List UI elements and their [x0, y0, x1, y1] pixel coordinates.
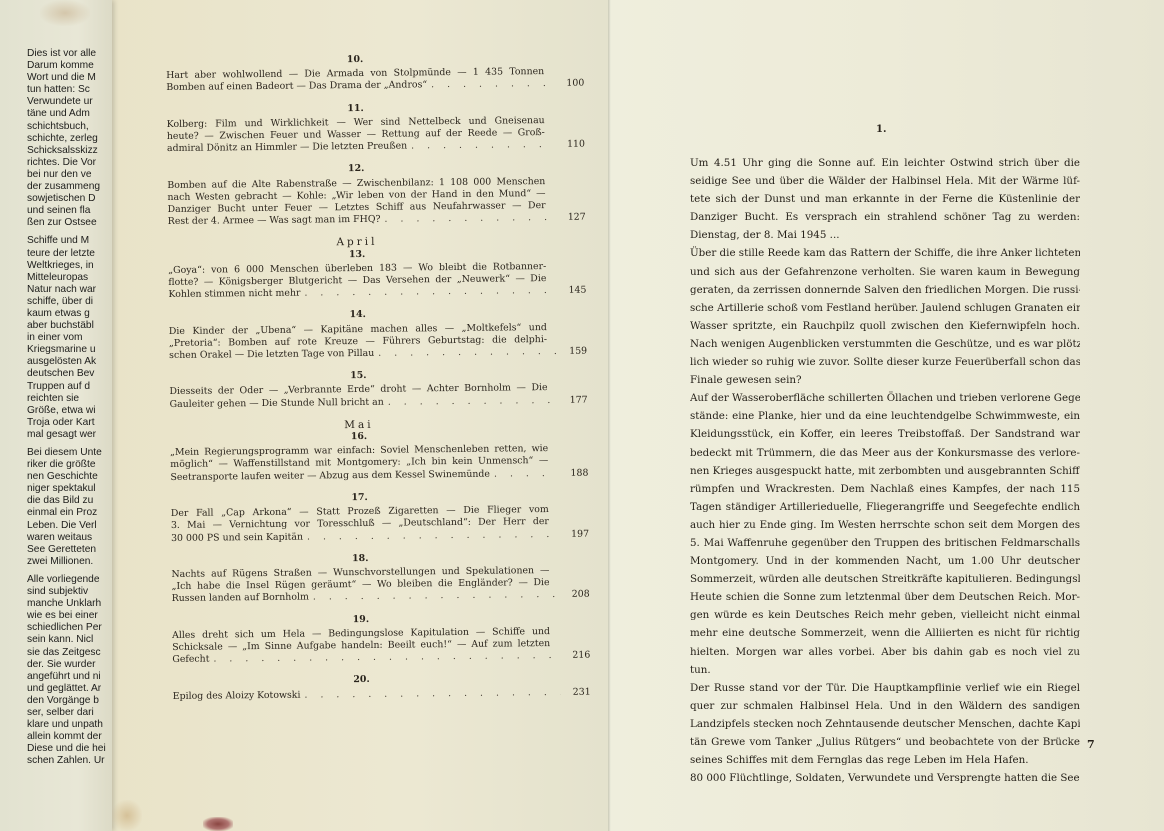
toc-entry-last-line: Gauleiter gehen — Die Stunde Null bricht…: [170, 395, 548, 411]
toc-entry: 14.Die Kinder der „Ubena“ — Kapitäne mac…: [169, 307, 548, 362]
toc-page-number: 216: [564, 650, 590, 662]
flap-text-line: Truppen auf d: [27, 381, 112, 393]
paper-stain: [112, 800, 142, 831]
toc-entry-last-line: Gefecht216: [172, 650, 550, 666]
toc-chapter-number: 12.: [167, 161, 545, 177]
table-of-contents: 10.Hart aber wohlwollend — Die Armada vo…: [166, 52, 551, 713]
flap-text-line: waren weitaus: [27, 532, 112, 544]
toc-entry: 19.Alles dreht sich um Hela — Bedingungs…: [172, 612, 551, 667]
body-text-line: Um 4.51 Uhr ging die Sonne auf. Ein leic…: [690, 154, 1080, 172]
flap-text-line: die das Bild zu: [27, 495, 112, 507]
body-text-line: stände: eine Planke, hier und da eine le…: [690, 407, 1080, 425]
page-number: 7: [1087, 738, 1095, 751]
dot-leader: [307, 528, 559, 543]
flap-text-line: Wort und die M: [27, 72, 112, 84]
toc-entry: 11.Kolberg: Film und Wirklichkeit — Wer …: [167, 101, 546, 156]
toc-entry-last-line: Epilog des Aloizy Kotowski231: [173, 687, 551, 703]
flap-text-line: allein kommt der: [27, 731, 112, 743]
body-text-line: mehr eine deutsche Sommerzeit, wenn die …: [690, 624, 1080, 642]
flap-text: Dies ist vor alleDarum kommeWort und die…: [27, 48, 112, 773]
body-text-line: Finale gewesen sein?: [690, 371, 1080, 389]
toc-chapter-number: 17.: [171, 490, 549, 506]
flap-text-line: und geglättet. Ar: [27, 683, 112, 695]
flap-text-line: schichtsbuch,: [27, 121, 112, 133]
toc-entry: 17.Der Fall „Cap Arkona“ — Statt Prozeß …: [171, 490, 550, 545]
flap-text-line: niger spektakul: [27, 483, 112, 495]
body-text-line: und sich aus der Gefahrenzone verholten.…: [690, 263, 1080, 281]
flap-text-line: Weltkrieges, in: [27, 260, 112, 272]
toc-page-number: 188: [562, 467, 588, 479]
toc-entry-last-line: Kohlen stimmen nicht mehr145: [168, 285, 546, 301]
dot-leader: [378, 346, 557, 360]
flap-text-line: einmal ein Proz: [27, 507, 112, 519]
toc-entry: 20.Epilog des Aloizy Kotowski231: [172, 672, 550, 702]
flap-text-line: der zusammeng: [27, 181, 112, 193]
toc-entry-line: Russen landen auf Bornholm: [172, 592, 309, 606]
toc-page-number: 197: [563, 528, 589, 540]
dot-leader: [388, 395, 558, 409]
chapter-body-text: Um 4.51 Uhr ging die Sonne auf. Ein leic…: [690, 154, 1080, 787]
toc-entry-last-line: Russen landen auf Bornholm208: [172, 589, 550, 605]
flap-text-line: Dies ist vor alle: [27, 48, 112, 60]
flap-text-line: ser, selber dari: [27, 707, 112, 719]
flap-text-line: tun hatten: Sc: [27, 84, 112, 96]
flap-text-line: schiedlichen Per: [27, 622, 112, 634]
flap-text-line: Leben. Die Verl: [27, 520, 112, 532]
flap-text-line: angeführt und ni: [27, 671, 112, 683]
body-text-line: Montgomery. Und in der kommenden Nacht, …: [690, 552, 1080, 570]
toc-page-number: 127: [560, 212, 586, 224]
toc-entry-last-line: admiral Dönitz an Himmler — Die letzten …: [167, 139, 545, 155]
flap-text-line: sein kann. Nicl: [27, 634, 112, 646]
body-text-line: Wasser spritzte, ein Rauchpilz quoll zwi…: [690, 317, 1080, 335]
flap-text-line: und seinen fla: [27, 205, 112, 217]
dot-leader: [304, 686, 560, 701]
body-text-line: nen Krieges ausgespuckt hatte, mit zerbo…: [690, 462, 1080, 480]
toc-chapter-number: 14.: [169, 307, 547, 323]
toc-chapter-number: 16.: [170, 429, 548, 445]
toc-entry-line: Kohlen stimmen nicht mehr: [168, 288, 300, 302]
toc-page-number: 110: [559, 139, 585, 151]
body-text-line: Tagen ständiger Artillerieduelle, Fliege…: [690, 498, 1080, 516]
flap-text-line: Verwundete ur: [27, 96, 112, 108]
toc-entry: 16.„Mein Regierungsprogramm war einfach:…: [170, 429, 549, 484]
dot-leader: [304, 285, 556, 300]
flap-text-line: Schiffe und M: [27, 235, 112, 247]
body-text-line: Sommerzeit, würden alle deutschen Streit…: [690, 570, 1080, 588]
flap-text-line: manche Unklarh: [27, 598, 112, 610]
toc-entry: 13.„Goya“: von 6 000 Menschen überleben …: [168, 247, 547, 302]
flap-text-line: Diese und die hei: [27, 743, 112, 755]
body-text-line: geraten, da zerrissen donnernde Salven d…: [690, 281, 1080, 299]
toc-page-number: 208: [564, 589, 590, 601]
toc-entry: 18.Nachts auf Rügens Straßen — Wunschvor…: [171, 551, 550, 606]
toc-chapter-number: 10.: [166, 52, 544, 68]
toc-entry-line: Bomben auf einen Badeort — Das Drama der…: [166, 80, 427, 95]
body-text-line: rümpfen und Wrackresten. Dem Nachlaß ein…: [690, 480, 1080, 498]
body-text-line: Der Russe stand vor der Tür. Die Hauptka…: [690, 679, 1080, 697]
flap-text-line: wie es bei einer: [27, 610, 112, 622]
flap-text-line: Darum komme: [27, 60, 112, 72]
ink-stain: [203, 817, 233, 831]
flap-text-line: Kriegsmarine u: [27, 344, 112, 356]
book-spread: 10.Hart aber wohlwollend — Die Armada vo…: [0, 0, 1164, 831]
body-text-line: tän Grewe vom Tanker „Julius Rütgers“ un…: [690, 733, 1080, 751]
flap-text-line: den Vorgänge b: [27, 695, 112, 707]
body-text-line: Kleidungsstück, ein Koffer, ein leeres T…: [690, 425, 1080, 443]
flap-text-line: Schicksalsskizz: [27, 145, 112, 157]
left-page-toc: 10.Hart aber wohlwollend — Die Armada vo…: [108, 0, 608, 831]
flap-paragraph: Dies ist vor alleDarum kommeWort und die…: [27, 48, 112, 229]
right-page-chapter: 1. Um 4.51 Uhr ging die Sonne auf. Ein l…: [610, 0, 1164, 831]
flap-text-line: schiffe, über di: [27, 296, 112, 308]
toc-page-number: 145: [560, 285, 586, 297]
toc-entry-line: Epilog des Aloizy Kotowski: [173, 689, 301, 703]
flap-paragraph: Bei diesem Unteriker die größtenen Gesch…: [27, 447, 112, 568]
body-text-line: Über die stille Reede kam das Rattern de…: [690, 244, 1080, 262]
flap-text-line: kaum etwas g: [27, 308, 112, 320]
flap-text-line: mal gesagt wer: [27, 429, 112, 441]
body-text-line: tun.: [690, 661, 1080, 679]
body-text-line: 80 000 Flüchtlinge, Soldaten, Verwundete…: [690, 769, 1080, 787]
flap-text-line: Größe, etwa wi: [27, 405, 112, 417]
body-text-line: bedeckt mit Trümmern, die das Meer aus d…: [690, 444, 1080, 462]
body-text-line: Landzipfels stecken noch Zehntausende de…: [690, 715, 1080, 733]
toc-entry-last-line: Seetransporte laufen weiter — Abzug aus …: [170, 468, 548, 484]
flap-text-line: ausgelösten Ak: [27, 356, 112, 368]
body-text-line: gen würde es kein Deutsches Reich mehr g…: [690, 606, 1080, 624]
toc-entry-line: Seetransporte laufen weiter — Abzug aus …: [170, 468, 490, 484]
flap-text-line: in einer vom: [27, 332, 112, 344]
toc-entry-line: Gauleiter gehen — Die Stunde Null bricht…: [170, 396, 384, 410]
flap-text-line: sowjetischen D: [27, 193, 112, 205]
flap-text-line: täne und Adm: [27, 108, 112, 120]
flap-text-line: riker die größte: [27, 459, 112, 471]
flap-text-line: teure der letzte: [27, 248, 112, 260]
body-text-line: Dienstag, der 8. Mai 1945 ...: [690, 226, 1080, 244]
body-text-line: Nach wenigen Augenblicken verstummten di…: [690, 335, 1080, 353]
body-text-line: Auf der Wasseroberfläche schillerten Öll…: [690, 389, 1080, 407]
flap-text-line: aber buchstäbl: [27, 320, 112, 332]
flap-text-line: Troja oder Kart: [27, 417, 112, 429]
dot-leader: [431, 78, 554, 91]
body-text-line: seines Schiffes mit dem Fernglas das reg…: [690, 751, 1080, 769]
dot-leader: [494, 468, 559, 481]
paper-stain-top: [40, 0, 90, 26]
folded-flap-page: Dies ist vor alleDarum kommeWort und die…: [0, 0, 112, 831]
flap-text-line: Natur nach war: [27, 284, 112, 296]
body-text-line: Danziger Bucht. Es versprach ein strahle…: [690, 208, 1080, 226]
toc-entry-line: 30 000 PS und sein Kapitän: [171, 531, 303, 545]
dot-leader: [411, 139, 555, 153]
toc-entry-last-line: Bomben auf einen Badeort — Das Drama der…: [166, 78, 544, 94]
flap-text-line: nen Geschichte: [27, 471, 112, 483]
toc-chapter-number: 20.: [172, 672, 550, 688]
body-text-line: quer zur schmalen Halbinsel Hela. Und in…: [690, 697, 1080, 715]
toc-entry-line: Gefecht: [172, 654, 209, 667]
flap-text-line: schen Zahlen. Ur: [27, 755, 112, 767]
toc-page-number: 231: [565, 686, 591, 698]
body-text-line: seidige See und über die Wälder der Halb…: [690, 172, 1080, 190]
flap-text-line: See Geretteten: [27, 544, 112, 556]
flap-paragraph: Schiffe und Mteure der letzteWeltkrieges…: [27, 235, 112, 441]
toc-entry: 10.Hart aber wohlwollend — Die Armada vo…: [166, 52, 544, 95]
toc-chapter-number: 19.: [172, 612, 550, 628]
dot-leader: [384, 212, 555, 226]
body-text-line: Heute schien die Sonne zum letztenmal üb…: [690, 588, 1080, 606]
toc-entry-line: Rest der 4. Armee — Was sagt man im FHQ?: [168, 214, 381, 228]
toc-chapter-number: 18.: [171, 551, 549, 567]
toc-entry-line: admiral Dönitz an Himmler — Die letzten …: [167, 141, 407, 156]
toc-page-number: 100: [558, 78, 584, 90]
flap-text-line: der. Sie wurder: [27, 659, 112, 671]
toc-chapter-number: 15.: [169, 368, 547, 384]
flap-text-line: zwei Millionen.: [27, 556, 112, 568]
toc-entry-last-line: Rest der 4. Armee — Was sagt man im FHQ?…: [168, 212, 546, 228]
flap-text-line: sie das Zeitgesc: [27, 647, 112, 659]
flap-text-line: ßen zur Ostsee: [27, 217, 112, 229]
body-text-line: sche Artillerie schoß vom Festland herüb…: [690, 299, 1080, 317]
body-text-line: auch hier zu Ende ging. Im Westen herrsc…: [690, 516, 1080, 534]
flap-text-line: klare und unpath: [27, 719, 112, 731]
toc-page-number: 177: [562, 394, 588, 406]
body-text-line: tete sich der Dunst und man erkannte in …: [690, 190, 1080, 208]
flap-text-line: richtes. Die Vor: [27, 157, 112, 169]
body-text-line: 5. Mai Waffenruhe gegenüber den Truppen …: [690, 534, 1080, 552]
flap-text-line: sind subjektiv: [27, 586, 112, 598]
flap-text-line: schichte, zerleg: [27, 133, 112, 145]
flap-text-line: bei nur den ve: [27, 169, 112, 181]
flap-text-line: Alle vorliegende: [27, 574, 112, 586]
dot-leader: [313, 589, 560, 604]
toc-chapter-number: 11.: [167, 101, 545, 117]
toc-page-number: 159: [561, 346, 587, 358]
chapter-number: 1.: [876, 124, 886, 135]
toc-entry: 12.Bomben auf die Alte Rabenstraße — Zwi…: [167, 161, 546, 228]
dot-leader: [213, 650, 560, 666]
flap-paragraph: Alle vorliegendesind subjektivmanche Unk…: [27, 574, 112, 768]
toc-entry-last-line: schen Orakel — Die letzten Tage von Pill…: [169, 346, 547, 362]
body-text-line: lich wieder so ruhig wie zuvor. Sollte d…: [690, 353, 1080, 371]
toc-chapter-number: 13.: [168, 247, 546, 263]
toc-entry-line: schen Orakel — Die letzten Tage von Pill…: [169, 348, 374, 362]
body-text-line: hielten. Morgen war alles vorbei. Aber b…: [690, 643, 1080, 661]
flap-text-line: deutschen Bev: [27, 368, 112, 380]
flap-text-line: Mitteleuropas: [27, 272, 112, 284]
book-gutter: [608, 0, 611, 831]
toc-entry: 15.Diesseits der Oder — „Verbrannte Erde…: [169, 368, 547, 411]
toc-entry-last-line: 30 000 PS und sein Kapitän197: [171, 529, 549, 545]
flap-text-line: Bei diesem Unte: [27, 447, 112, 459]
flap-text-line: reichten sie: [27, 393, 112, 405]
